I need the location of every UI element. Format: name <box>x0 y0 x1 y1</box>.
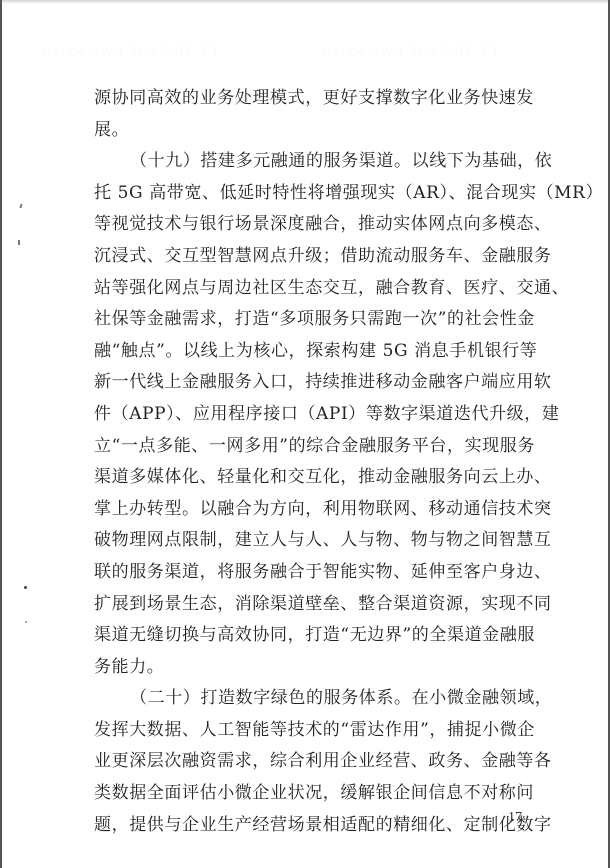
page-top-edge <box>2 0 608 4</box>
section-heading-line: （十九）搭建多元融通的服务渠道。以线下为基础，依 <box>94 146 524 178</box>
text-line: 业更深层次融资需求，综合利用企业经营、政务、金融等各 <box>94 746 524 778</box>
text-line: 掌上办转型。以融合为方向，利用物联网、移动通信技术突 <box>94 494 524 526</box>
body-text: 源协同高效的业务处理模式，更好支撑数字化业务快速发 展。 （十九）搭建多元融通的… <box>94 83 524 841</box>
text-line: 渠道无缝切换与高效协同，打造“无边界”的全渠道金融服 <box>94 620 524 652</box>
text-line: 源协同高效的业务处理模式，更好支撑数字化业务快速发 <box>94 83 524 115</box>
text-line: 件（APP）、应用程序接口（API）等数字渠道迭代升级，建 <box>94 399 524 431</box>
text-line: 新一代线上金融服务入口，持续推进移动金融客户端应用软 <box>94 367 524 399</box>
text-line: 联的服务渠道，将服务融合于智能实物、延伸至客户身边、 <box>94 557 524 589</box>
text-line: 题，提供与企业生产经营场景相适配的精细化、定制化数字 <box>94 810 524 842</box>
margin-mark <box>19 204 22 208</box>
text-line: 扩展到场景生态，消除渠道壁垒、整合渠道资源，实现不同 <box>94 589 524 621</box>
text-line: 发挥大数据、人工智能等技术的“雷达作用”，捕捉小微企 <box>94 715 524 747</box>
text-line: 等视觉技术与银行场景深度融合，推动实体网点向多模态、 <box>94 209 524 241</box>
text-line: 社保等金融需求，打造“多项服务只需跑一次”的社会性金 <box>94 304 524 336</box>
text-line: 渠道多媒体化、轻量化和交互化，推动金融服务向云上办、 <box>94 462 524 494</box>
text-line: 站等强化网点与周边社区生态交互，融合教育、医疗、交通、 <box>94 273 524 305</box>
document-page: herbertwu 2022-01-11 herbertwu 2022-01-1… <box>0 0 610 868</box>
text-line: 破物理网点限制，建立人与人、人与物、物与物之间智慧互 <box>94 525 524 557</box>
watermark: herbertwu 2022-01-11 <box>42 44 220 60</box>
margin-mark <box>24 586 27 589</box>
text-line: 托 5G 高带宽、低延时特性将增强现实（AR）、混合现实（MR） <box>94 178 524 210</box>
text-line: 融“触点”。以线上为核心，探索构建 5G 消息手机银行等 <box>94 336 524 368</box>
text-line: 展。 <box>94 115 524 147</box>
page-number: 17 <box>508 810 522 826</box>
watermark: herbertwu 2022-01-11 <box>322 44 500 60</box>
text-line: 务能力。 <box>94 652 524 684</box>
section-heading-line: （二十）打造数字绿色的服务体系。在小微金融领域， <box>94 683 524 715</box>
margin-mark <box>18 240 20 245</box>
text-line: 类数据全面评估小微企业状况，缓解银企间信息不对称问 <box>94 778 524 810</box>
text-line: 立“一点多能、一网多用”的综合金融服务平台，实现服务 <box>94 431 524 463</box>
text-line: 沉浸式、交互型智慧网点升级；借助流动服务车、金融服务 <box>94 241 524 273</box>
margin-mark <box>25 621 27 623</box>
